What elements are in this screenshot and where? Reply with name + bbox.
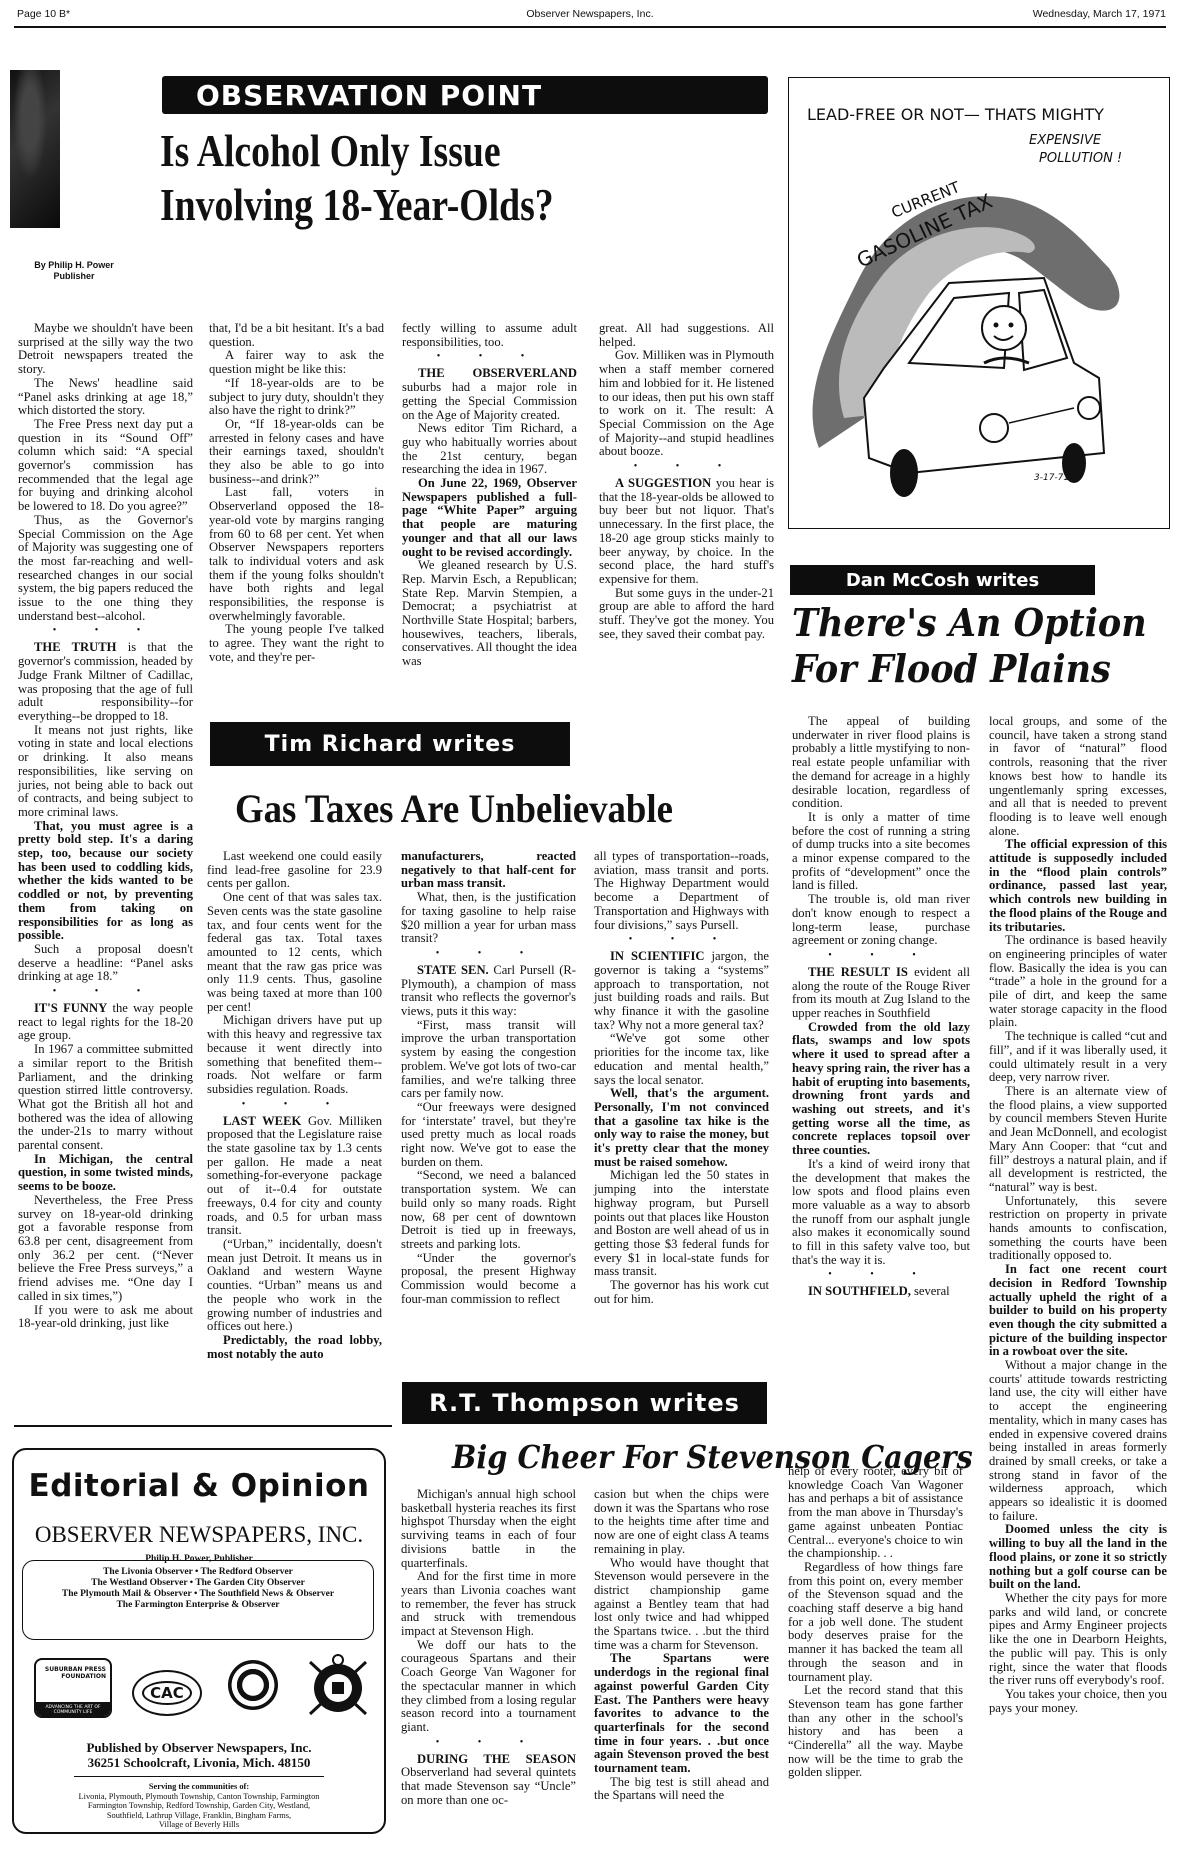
paragraph: casion but when the chips were down it w… [594,1488,769,1557]
paragraph: The News' headline said “Panel asks drin… [18,377,193,418]
flood-plains-headline-2: For Flood Plains [792,646,1111,691]
certified-audited-circulations-logo: CAC [132,1670,202,1716]
paragraph: Last fall, voters in Observerland oppose… [209,486,384,623]
paragraph-lead-in: IT'S FUNNY [34,1001,107,1015]
community-line: Livonia, Plymouth, Plymouth Township, Ca… [14,1792,384,1802]
paragraph: Michigan led the 50 states in jumping in… [594,1169,769,1279]
paragraph: Crowded from the old lazy flats, swamps … [792,1021,970,1158]
article-column: local groups, and some of the council, h… [989,715,1167,1715]
paragraph: In Michigan, the central question, in so… [18,1153,193,1194]
paragraph: local groups, and some of the council, h… [989,715,1167,838]
section-break-dots: • • • [792,949,970,963]
paragraph: that, I'd be a bit hesitant. It's a bad … [209,322,384,349]
paragraph: The official expression of this attitude… [989,838,1167,934]
cartoon-caption-2: EXPENSIVE [1029,133,1102,148]
editorial-masthead-box: Editorial & Opinion OBSERVER NEWSPAPERS,… [12,1448,386,1834]
paper-line: The Westland Observer • The Garden City … [23,1578,373,1589]
paragraph: We gleaned research by U.S. Rep. Marvin … [402,559,577,669]
gasoline-tax-car-cartoon: LEAD-FREE OR NOT— THATS MIGHTY EXPENSIVE… [789,78,1169,528]
section-break-dots: • • • [594,933,769,947]
paragraph: It is only a matter of time before the c… [792,811,970,893]
paragraph: “We've got some other priorities for the… [594,1032,769,1087]
article-column: that, I'd be a bit hesitant. It's a bad … [209,322,384,665]
section-break-dots: • • • [792,1268,970,1282]
section-rule [14,1425,392,1427]
author-photo [10,70,60,228]
headline-line-2: Involving 18-Year-Olds? [160,178,554,231]
paragraph: Michigan drivers have put up with this h… [207,1014,382,1096]
folio-date: Wednesday, March 17, 1971 [1033,8,1166,20]
paragraph: The big test is still ahead and the Spar… [594,1776,769,1803]
paragraph: Well, that's the argument. Personally, I… [594,1087,769,1169]
paragraph: In fact one recent court decision in Red… [989,1263,1167,1359]
paragraph: “First, mass transit will improve the ur… [401,1019,576,1101]
paragraph: THE OBSERVERLAND suburbs had a major rol… [402,367,577,422]
section-break-dots: • • • [207,1098,382,1112]
paragraph: Gov. Milliken was in Plymouth when a sta… [599,349,774,459]
section-break-dots: • • • [402,350,577,364]
masthead-divider [74,1776,324,1777]
article-column: all types of transportation--roads, avia… [594,850,769,1307]
paragraph: Let the record stand that this Stevenson… [788,1684,963,1780]
paragraph: The ordinance is based heavily on engine… [989,934,1167,1030]
section-banner-rt-thompson: R.T. Thompson writes [402,1382,767,1424]
paragraph: Without a major change in the courts' at… [989,1359,1167,1523]
byline-title: Publisher [14,271,134,282]
paragraph: Predictably, the road lobby, most notabl… [207,1334,382,1361]
paragraph: “If 18-year-olds are to be subject to ju… [209,377,384,418]
paragraph: “Second, we need a balanced transportati… [401,1169,576,1251]
section-break-dots: • • • [18,624,193,638]
paragraph: “Under the governor's proposal, the pres… [401,1252,576,1307]
paragraph: Doomed unless the city is willing to buy… [989,1523,1167,1592]
paragraph: What, then, is the justification for tax… [401,891,576,946]
article-column: fectly willing to assume adult responsib… [402,322,577,669]
paper-line: The Farmington Enterprise & Observer [23,1600,373,1611]
paragraph: help of every rooter, every bit of knowl… [788,1465,963,1561]
paragraph: fectly willing to assume adult responsib… [402,322,577,349]
flood-plains-headline-1: There's An Option [792,600,1147,645]
article-column: Last weekend one could easily find lead-… [207,850,382,1361]
paragraph: The governor has his work cut out for hi… [594,1279,769,1306]
paragraph-lead-in: THE TRUTH [34,640,116,654]
article-column: Michigan's annual high school basketball… [401,1488,576,1807]
paragraph: But some guys in the under-21 group are … [599,587,774,642]
paragraph: It's a kind of weird irony that the deve… [792,1158,970,1268]
paragraph: Nevertheless, the Free Press survey on 1… [18,1194,193,1304]
section-banner-dan-mccosh: Dan McCosh writes [790,565,1095,595]
paragraph: One cent of that was sales tax. Seven ce… [207,891,382,1014]
suburban-press-foundation-logo: SUBURBAN PRESS FOUNDATION ADVANCING THE … [34,1658,112,1718]
paragraph: Last weekend one could easily find lead-… [207,850,382,891]
community-line: Village of Beverly Hills [14,1820,384,1830]
paragraph: IN SOUTHFIELD, several [792,1285,970,1299]
paragraph-lead-in: IN SCIENTIFIC [610,949,705,963]
masthead-title: Editorial & Opinion [14,1468,384,1504]
paragraph: IN SCIENTIFIC jargon, the governor is ta… [594,950,769,1032]
paragraph: Unfortunately, this severe restriction o… [989,1195,1167,1264]
folio-publisher: Observer Newspapers, Inc. [0,8,1180,20]
paragraph: “Our freeways were designed for ‘interst… [401,1101,576,1170]
published-by: Published by Observer Newspapers, Inc. [14,1740,384,1755]
article-column: manufacturers, reacted negatively to tha… [401,850,576,1307]
paragraph: We doff our hats to the courageous Spart… [401,1639,576,1735]
paper-line: The Livonia Observer • The Redford Obser… [23,1567,373,1578]
paragraph: all types of transportation--roads, avia… [594,850,769,932]
paragraph: DURING THE SEASON Observerland had sever… [401,1753,576,1808]
byline-author: By Philip H. Power [14,260,134,271]
paragraph: Maybe we shouldn't have been surprised a… [18,322,193,377]
gas-taxes-headline: Gas Taxes Are Unbelievable [235,785,673,832]
paragraph-lead-in: THE RESULT IS [808,965,908,979]
paragraph: Michigan's annual high school basketball… [401,1488,576,1570]
section-banner-observation-point: OBSERVATION POINT [162,76,768,114]
paragraph: A SUGGESTION you hear is that the 18-yea… [599,477,774,587]
byline: By Philip H. Power Publisher [14,260,134,282]
paragraph: Or, “If 18-year-olds can be arrested in … [209,418,384,487]
paragraph: On June 22, 1969, Observer Newspapers pu… [402,477,577,559]
cartoon-signature: 3-17-71 [1034,473,1069,483]
section-break-dots: • • • [401,947,576,961]
paragraph: Who would have thought that Stevenson wo… [594,1557,769,1653]
community-line: Southfield, Lathrup Village, Franklin, B… [14,1811,384,1821]
article-column: Maybe we shouldn't have been surprised a… [18,322,193,1331]
paragraph: Thus, as the Governor's Special Commissi… [18,514,193,624]
paragraph: A fairer way to ask the question might b… [209,349,384,376]
article-column: great. All had suggestions. All helped.G… [599,322,774,641]
papers-box: The Livonia Observer • The Redford Obser… [22,1560,374,1640]
folio-rule [14,26,1166,28]
paragraph: The technique is called “cut and fill”, … [989,1030,1167,1085]
paragraph: News editor Tim Richard, a guy who habit… [402,422,577,477]
paragraph: THE RESULT IS evident all along the rout… [792,966,970,1021]
paragraph: THE TRUTH is that the governor's commiss… [18,641,193,723]
paragraph: manufacturers, reacted negatively to tha… [401,850,576,891]
paragraph: STATE SEN. Carl Pursell (R-Plymouth), a … [401,964,576,1019]
paragraph: That, you must agree is a pretty bold st… [18,820,193,943]
paragraph: great. All had suggestions. All helped. [599,322,774,349]
article-column: help of every rooter, every bit of knowl… [788,1465,963,1780]
paragraph: In 1967 a committee submitted a similar … [18,1043,193,1153]
cartoon-caption-1: LEAD-FREE OR NOT— THATS MIGHTY [807,105,1104,124]
paragraph: If you were to ask me about 18-year-old … [18,1304,193,1331]
paragraph: Regardless of how things fare from this … [788,1561,963,1684]
paragraph: It means not just rights, like voting in… [18,724,193,820]
paragraph-lead-in: A SUGGESTION [615,476,711,490]
paragraph-lead-in: DURING THE SEASON [417,1752,576,1766]
company-name: OBSERVER NEWSPAPERS, INC. [14,1522,384,1548]
national-newspaper-association-seal-logo [306,1650,370,1720]
community-line: Farmington Township, Redford Township, G… [14,1801,384,1811]
cartoon-caption-3: POLLUTION ! [1039,151,1122,166]
paragraph: LAST WEEK Gov. Milliken proposed that th… [207,1115,382,1238]
paragraph: The young people I've talked to agree. T… [209,623,384,664]
address: 36251 Schoolcraft, Livonia, Mich. 48150 [14,1755,384,1770]
paragraph-lead-in: THE OBSERVERLAND [418,366,577,380]
paragraph: There is an alternate view of the flood … [989,1085,1167,1195]
paragraph: The Spartans were underdogs in the regio… [594,1652,769,1775]
paragraph: IT'S FUNNY the way people react to legal… [18,1002,193,1043]
paragraph: Whether the city pays for more parks and… [989,1592,1167,1688]
article-column: The appeal of building underwater in riv… [792,715,970,1299]
paragraph: The trouble is, old man river don't know… [792,893,970,948]
paragraph: The Free Press next day put a question i… [18,418,193,514]
section-break-dots: • • • [599,460,774,474]
headline-line-1: Is Alcohol Only Issue [160,124,501,177]
article-column: casion but when the chips were down it w… [594,1488,769,1803]
paragraph-lead-in: STATE SEN. [417,963,489,977]
paragraph-lead-in: LAST WEEK [223,1114,301,1128]
paragraph: And for the first time in more years tha… [401,1570,576,1639]
paragraph: The appeal of building underwater in riv… [792,715,970,811]
paragraph: (“Urban,” incidentally, doesn't mean jus… [207,1238,382,1334]
paragraph: Such a proposal doesn't deserve a headli… [18,943,193,984]
section-banner-tim-richard: Tim Richard writes [210,722,570,766]
section-break-dots: • • • [401,1736,576,1750]
press-association-seal-logo [228,1660,278,1710]
paragraph-lead-in: IN SOUTHFIELD, [808,1284,911,1298]
serving-label: Serving the communities of: [14,1782,384,1792]
section-break-dots: • • • [18,985,193,999]
editorial-cartoon: LEAD-FREE OR NOT— THATS MIGHTY EXPENSIVE… [788,77,1170,529]
paper-line: The Plymouth Mail & Observer • The South… [23,1589,373,1600]
paragraph: You takes your choice, then you pays you… [989,1688,1167,1715]
